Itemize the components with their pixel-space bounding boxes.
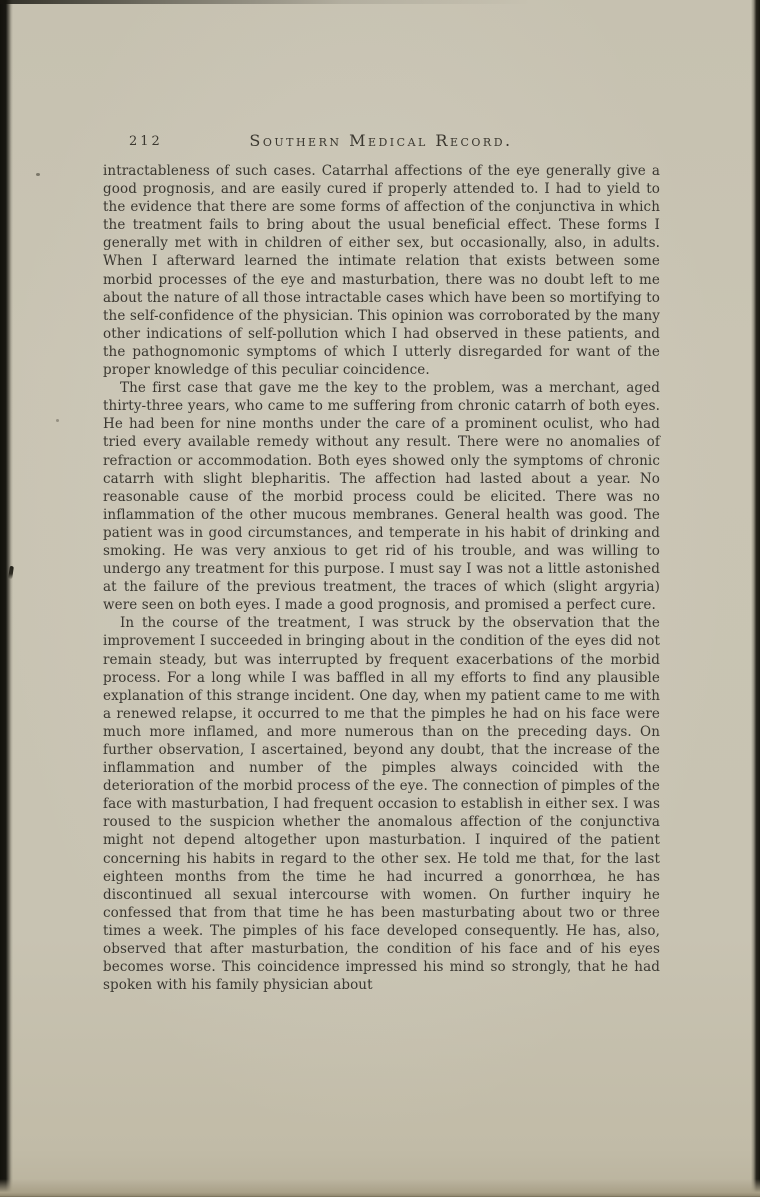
page-body: intractableness of such cases. Catarrhal… bbox=[103, 162, 660, 994]
paper-speck bbox=[56, 419, 59, 422]
scan-edge-top bbox=[0, 0, 760, 4]
page-number: 212 bbox=[129, 134, 163, 149]
journal-title: Southern Medical Record. bbox=[103, 131, 659, 150]
paragraph-1: intractableness of such cases. Catarrhal… bbox=[103, 162, 660, 379]
scan-edge-right bbox=[751, 0, 760, 1197]
scan-edge-bottom bbox=[0, 1179, 760, 1197]
margin-speck bbox=[36, 173, 40, 176]
paragraph-2: The first case that gave me the key to t… bbox=[103, 379, 660, 614]
scanned-page: 212 Southern Medical Record. intractable… bbox=[0, 0, 760, 1197]
paragraph-3: In the course of the treatment, I was st… bbox=[103, 614, 660, 994]
scan-edge-left bbox=[0, 0, 13, 1197]
running-head: 212 Southern Medical Record. bbox=[103, 131, 659, 151]
